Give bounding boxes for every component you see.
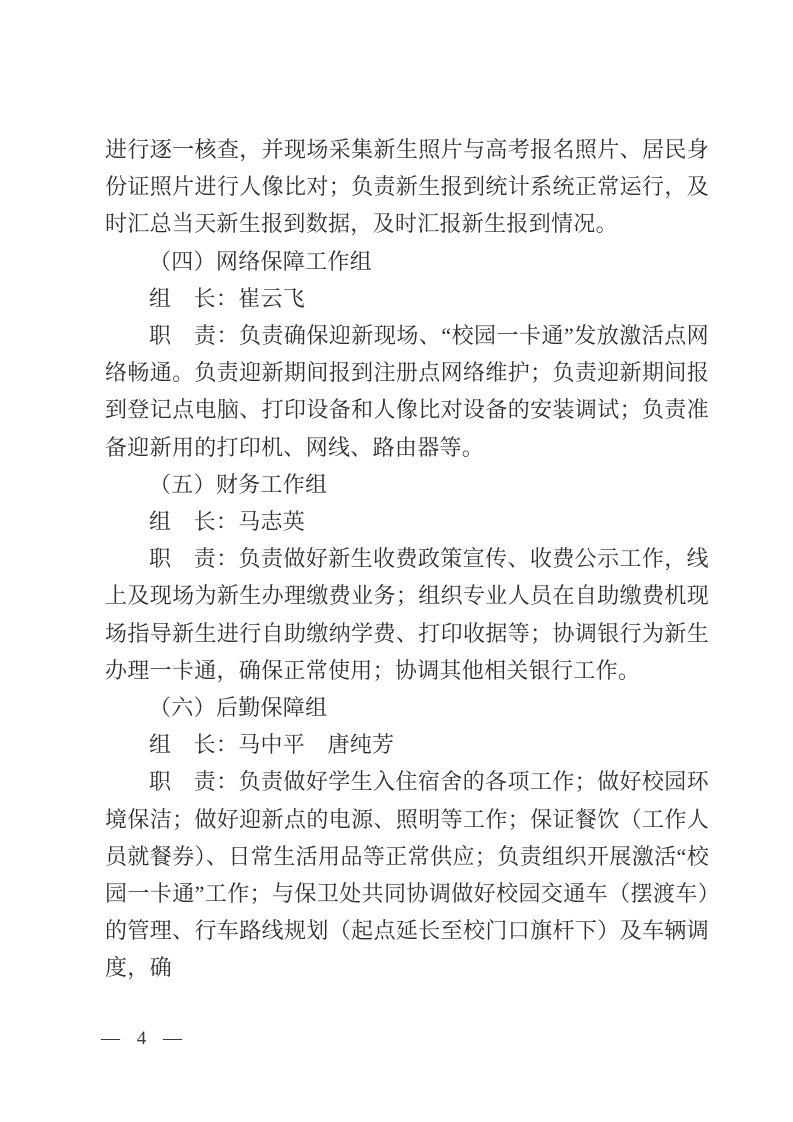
document-body: 进行逐一核查，并现场采集新生照片与高考报名照片、居民身份证照片进行人像比对；负责… — [105, 131, 709, 987]
group-5-duties: 职 责：负责做好新生收费政策宣传、收费公示工作，线上及现场为新生办理缴费业务；组… — [105, 540, 709, 689]
group-5-heading-finance: （五）财务工作组 — [105, 466, 709, 503]
group-4-leader: 组 长：崔云飞 — [105, 280, 709, 317]
group-6-leader: 组 长：马中平 唐纯芳 — [105, 726, 709, 763]
group-4-heading-network-support: （四）网络保障工作组 — [105, 243, 709, 280]
group-6-heading-logistics: （六）后勤保障组 — [105, 689, 709, 726]
group-6-duties: 职 责：负责做好学生入住宿舍的各项工作；做好校园环境保洁；做好迎新点的电源、照明… — [105, 763, 709, 986]
document-page: 进行逐一核查，并现场采集新生照片与高考报名照片、居民身份证照片进行人像比对；负责… — [0, 0, 793, 1122]
paragraph-continuation-registration-check: 进行逐一核查，并现场采集新生照片与高考报名照片、居民身份证照片进行人像比对；负责… — [105, 131, 709, 243]
page-footer: — 4 — — [101, 1028, 185, 1050]
group-4-duties: 职 责：负责确保迎新现场、“校园一卡通”发放激活点网络畅通。负责迎新期间报到注册… — [105, 317, 709, 466]
group-5-leader: 组 长：马志英 — [105, 503, 709, 540]
page-number: — 4 — — [101, 1028, 185, 1049]
